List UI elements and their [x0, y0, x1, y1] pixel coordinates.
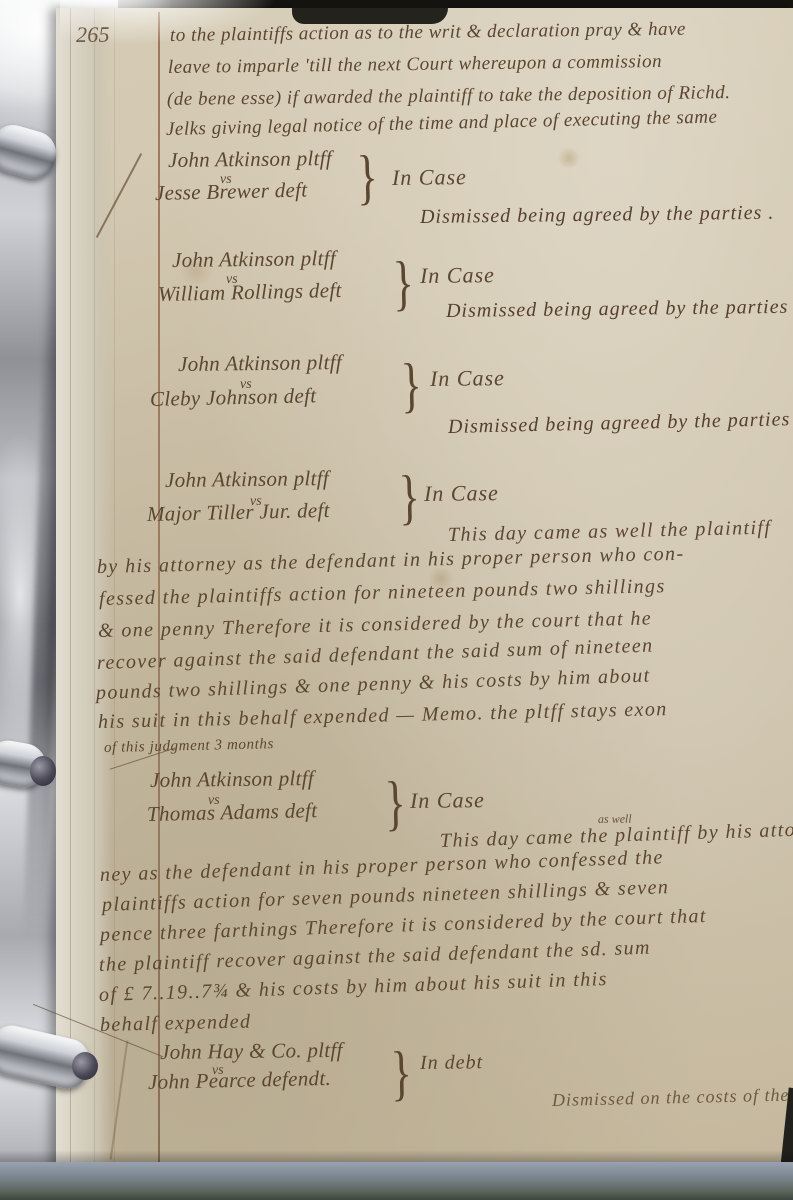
- page-crease: [94, 8, 95, 1170]
- action-type: In Case: [392, 164, 467, 191]
- plaintiff-name: John Atkinson pltff: [168, 146, 332, 173]
- plaintiff-name: John Hay & Co. pltff: [160, 1038, 343, 1065]
- defendant-name: Cleby Johnson deft: [150, 383, 317, 412]
- action-type: In debt: [420, 1051, 483, 1075]
- plaintiff-name: John Atkinson pltff: [150, 766, 314, 793]
- judgment-text-line: behalf expended: [100, 1011, 252, 1037]
- case-brace: }: [400, 349, 423, 420]
- case-brace: }: [398, 461, 421, 532]
- table-surface: [0, 1162, 793, 1200]
- case-brace: }: [384, 767, 407, 838]
- defendant-name: Thomas Adams deft: [147, 798, 318, 827]
- binder-ring-cap: [72, 1052, 98, 1080]
- action-type: In Case: [424, 480, 499, 507]
- defendant-name: Jesse Brewer deft: [155, 178, 308, 206]
- plaintiff-name: John Atkinson pltff: [165, 466, 329, 493]
- case-brace: }: [392, 247, 415, 318]
- binder-ring-cap: [30, 756, 56, 786]
- page-crease: [70, 8, 71, 1170]
- action-type: In Case: [430, 365, 505, 392]
- defendant-name: Major Tiller Jur. deft: [147, 498, 330, 527]
- defendant-name: John Pearce defendt.: [148, 1066, 332, 1095]
- case-brace: }: [390, 1037, 413, 1108]
- page-number: 265: [76, 22, 110, 48]
- case-ruling: Dismissed being agreed by the parties: [446, 296, 789, 323]
- plaintiff-name: John Atkinson pltff: [178, 350, 342, 377]
- action-type: In Case: [420, 262, 495, 289]
- manuscript-photo: 265 to the plaintiffs action as to the w…: [0, 0, 793, 1200]
- case-ruling: Dismissed being agreed by the parties .: [420, 202, 775, 229]
- defendant-name: William Rollings deft: [158, 278, 342, 307]
- action-type: In Case: [410, 787, 485, 814]
- paper-stain: [556, 148, 582, 168]
- plaintiff-name: John Atkinson pltff: [172, 246, 336, 273]
- background-gap: [292, 0, 448, 24]
- case-brace: }: [356, 141, 379, 212]
